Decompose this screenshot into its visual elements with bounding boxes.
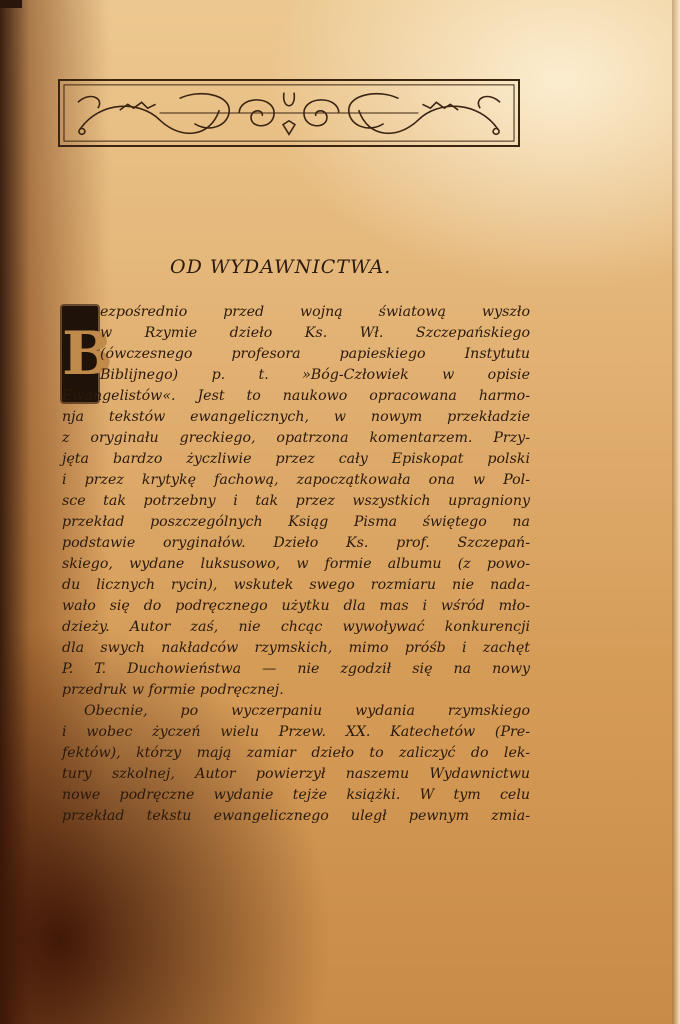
text-line: skiego, wydane luksusowo, w formie album…	[62, 554, 530, 575]
text-line: z oryginału greckiego, opatrzona komenta…	[62, 428, 530, 449]
text-line: przekład tekstu ewangelicznego uległ pew…	[62, 806, 530, 827]
text-line: ezpośrednio przed wojną światową wyszło	[100, 302, 530, 323]
text-line: wało się do podręcznego użytku dla mas i…	[62, 596, 530, 617]
text-line: Biblijnego) p. t. »Bóg-Człowiek w opisie	[100, 365, 530, 386]
text-line: dzieży. Autor zaś, nie chcąc wywoływać k…	[62, 617, 530, 638]
initial-letter: B	[62, 314, 98, 394]
paragraph-1: Ewangelistów«. Jest to naukowo opracowan…	[62, 386, 530, 827]
ornament-scroll-icon	[60, 81, 518, 145]
decorative-headpiece	[58, 79, 520, 147]
text-line: nowe podręczne wydanie tejże książki. W …	[62, 785, 530, 806]
text-line: tury szkolnej, Autor powierzył naszemu W…	[62, 764, 530, 785]
page-edge	[672, 0, 680, 1024]
text-line: dla swych nakładców rzymskich, mimo próś…	[62, 638, 530, 659]
text-line: du licznych rycin), wskutek swego rozmia…	[62, 575, 530, 596]
text-line: podstawie oryginałów. Dzieło Ks. prof. S…	[62, 533, 530, 554]
text-line: fektów), którzy mają zamiar dzieło to za…	[62, 743, 530, 764]
text-line: nja tekstów ewangelicznych, w nowym prze…	[62, 407, 530, 428]
text-line: P. T. Duchowieństwa — nie zgodził się na…	[62, 659, 530, 680]
corner-shadow	[0, 0, 22, 8]
text-line: przekład poszczególnych Ksiąg Pisma świę…	[62, 512, 530, 533]
page-title: OD WYDAWNICTWA.	[170, 256, 430, 278]
text-line: i przez krytykę fachową, zapoczątkowała …	[62, 470, 530, 491]
text-line: przedruk w formie podręcznej.	[62, 680, 530, 701]
text-line: (ówczesnego profesora papieskiego Instyt…	[100, 344, 530, 365]
text-line: Obecnie, po wyczerpaniu wydania rzymskie…	[62, 701, 530, 722]
text-line: w Rzymie dzieło Ks. Wł. Szczepańskiego	[100, 323, 530, 344]
text-line: sce tak potrzebny i tak przez wszystkich…	[62, 491, 530, 512]
dropcap-lines: ezpośrednio przed wojną światową wyszło …	[100, 302, 530, 386]
text-line: i wobec życzeń wielu Przew. XX. Katechet…	[62, 722, 530, 743]
text-line: Ewangelistów«. Jest to naukowo opracowan…	[62, 386, 530, 407]
text-line: jęta bardzo życzliwie przez cały Episkop…	[62, 449, 530, 470]
